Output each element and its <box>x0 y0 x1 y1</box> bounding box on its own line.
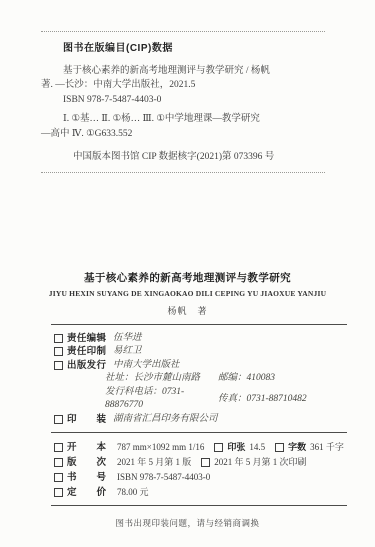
price-label: 定价 <box>67 485 106 500</box>
row-price: 定价 78.00 元 <box>0 485 375 500</box>
cip-isbn: ISBN 978-7-5487-4403-0 <box>41 93 325 108</box>
words-segment: 字数 361 千字 <box>275 440 344 455</box>
cip-header: 图书在版编目(CIP)数据 <box>63 42 325 57</box>
isbn-label: 书号 <box>67 470 106 485</box>
divider-line-top <box>51 324 347 325</box>
square-bullet-icon <box>214 443 223 452</box>
square-bullet-icon <box>54 361 63 370</box>
print-supervisor-label: 责任印制 <box>67 345 106 359</box>
editor-label: 责任编辑 <box>67 332 106 346</box>
row-editor: 责任编辑 伍华进 <box>0 332 375 346</box>
cip-entry-line2: 著. —长沙：中南大学出版社，2021.5 <box>41 78 325 93</box>
square-bullet-icon <box>54 473 63 482</box>
words-label: 字数 <box>288 440 306 455</box>
footer-note: 图书出现印装问题，请与经销商调换 <box>0 517 375 529</box>
copyright-page: 图书在版编目(CIP)数据 基于核心素养的新高考地理测评与教学研究 / 杨帆 著… <box>0 0 375 547</box>
square-bullet-icon <box>54 458 63 467</box>
publisher-value: 中南大学出版社 <box>113 359 180 373</box>
printing-segment: 2021 年 5 月第 1 次印刷 <box>201 455 306 470</box>
publisher-postcode: 邮编：410083 <box>218 372 275 386</box>
price-value: 78.00 元 <box>117 485 149 500</box>
square-bullet-icon <box>54 415 63 424</box>
row-address: 社址：长沙市麓山南路 邮编：410083 <box>0 372 375 386</box>
row-phone-fax: 发行科电话：0731-88876770 传真：0731-88710482 <box>0 386 375 413</box>
square-bullet-icon <box>54 347 63 356</box>
divider-line-bottom <box>51 505 347 506</box>
publisher-address: 社址：长沙市麓山南路 <box>105 372 218 386</box>
row-publisher: 出版发行 中南大学出版社 <box>0 359 375 373</box>
cip-class-line1: Ⅰ. ①基… Ⅱ. ①杨… Ⅲ. ①中学地理课—教学研究 <box>41 112 325 127</box>
row-edition: 版次 2021 年 5 月第 1 版 2021 年 5 月第 1 次印刷 <box>0 455 375 470</box>
colophon-block: 责任编辑 伍华进 责任印制 易红卫 出版发行 中南大学出版社 社址：长沙市麓山南… <box>0 332 375 427</box>
edition-value: 2021 年 5 月第 1 版 <box>117 455 191 470</box>
cip-class-line2: —高中 Ⅳ. ①G633.552 <box>41 127 325 142</box>
publisher-label: 出版发行 <box>67 359 106 373</box>
book-title: 基于核心素养的新高考地理测评与教学研究 <box>0 270 375 285</box>
title-block: 基于核心素养的新高考地理测评与教学研究 JIYU HEXIN SUYANG DE… <box>0 270 375 317</box>
binding-value: 湖南省汇昌印务有限公司 <box>113 413 218 427</box>
square-bullet-icon <box>54 334 63 343</box>
row-isbn: 书号 ISBN 978-7-5487-4403-0 <box>0 470 375 485</box>
row-print-supervisor: 责任印制 易红卫 <box>0 345 375 359</box>
format-label: 开本 <box>67 440 106 455</box>
square-bullet-icon <box>54 443 63 452</box>
binding-label: 印装 <box>67 413 106 427</box>
print-supervisor-value: 易红卫 <box>113 345 142 359</box>
divider-line-middle <box>51 432 347 433</box>
words-value: 361 千字 <box>310 440 344 455</box>
row-binding: 印装 湖南省汇昌印务有限公司 <box>0 413 375 427</box>
square-bullet-icon <box>201 458 210 467</box>
cip-entry-line1: 基于核心素养的新高考地理测评与教学研究 / 杨帆 <box>41 64 325 79</box>
isbn-value: ISBN 978-7-5487-4403-0 <box>117 470 210 485</box>
row-format: 开本 787 mm×1092 mm 1/16 印张 14.5 字数 361 千字 <box>0 440 375 455</box>
square-bullet-icon <box>54 488 63 497</box>
cip-data-box: 图书在版编目(CIP)数据 基于核心素养的新高考地理测评与教学研究 / 杨帆 著… <box>41 31 325 173</box>
edition-label: 版次 <box>67 455 106 470</box>
sheets-value: 14.5 <box>249 440 265 455</box>
publisher-phone: 发行科电话：0731-88876770 <box>105 386 218 413</box>
book-title-pinyin: JIYU HEXIN SUYANG DE XINGAOKAO DILI CEPI… <box>0 289 375 298</box>
publisher-fax: 传真：0731-88710482 <box>218 393 307 407</box>
format-value: 787 mm×1092 mm 1/16 <box>117 440 204 455</box>
printing-value: 2021 年 5 月第 1 次印刷 <box>214 455 306 470</box>
cip-record-number: 中国版本图书馆 CIP 数据核字(2021)第 073396 号 <box>41 150 325 165</box>
editor-value: 伍华进 <box>113 332 142 346</box>
book-author: 杨帆 著 <box>0 304 375 317</box>
square-bullet-icon <box>275 443 284 452</box>
sheets-label: 印张 <box>227 440 245 455</box>
sheets-segment: 印张 14.5 <box>214 440 265 455</box>
specs-block: 开本 787 mm×1092 mm 1/16 印张 14.5 字数 361 千字… <box>0 440 375 500</box>
